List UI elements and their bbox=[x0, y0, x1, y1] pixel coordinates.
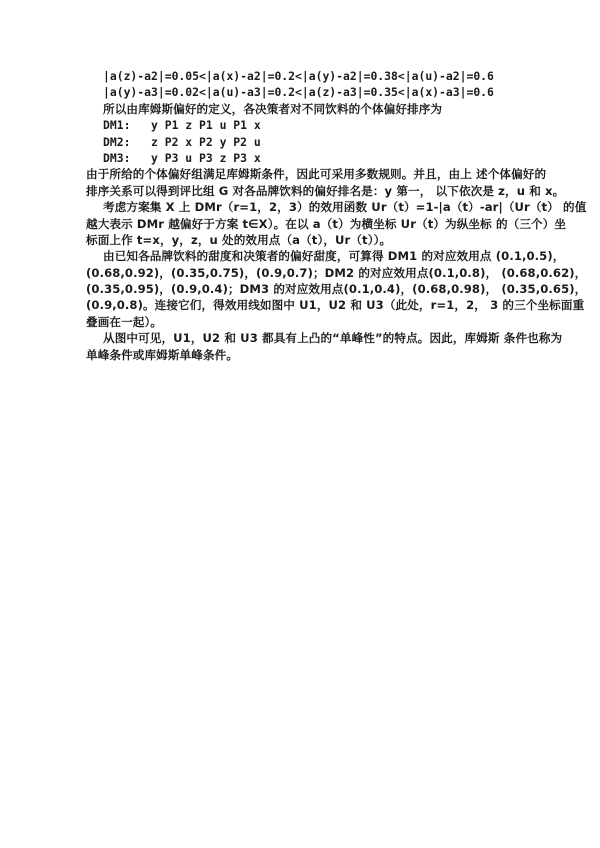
paragraph-utility-points-line-3: (0.35,0.95)，(0.9,0.4)；DM3 的对应效用点(0.1,0.4… bbox=[86, 281, 532, 297]
paragraph-utility-function-line-1: 考虑方案集 X 上 DMr（r=1，2，3）的效用函数 Ur（t）=1-|a（t… bbox=[86, 199, 532, 215]
dm1-preference-order: DM1: y P1 z P1 u P1 x bbox=[86, 117, 532, 133]
document-page: |a(z)-a2|=0.05<|a(x)-a2|=0.2<|a(y)-a2|=0… bbox=[0, 0, 600, 848]
paragraph-utility-function-line-2: 越大表示 DMr 越偏好于方案 t∈X）。在以 a（t）为横坐标 Ur（t）为纵… bbox=[86, 216, 532, 232]
text-block: |a(z)-a2|=0.05<|a(x)-a2|=0.2<|a(y)-a2|=0… bbox=[86, 68, 532, 363]
paragraph-single-peak-line-2: 单峰条件或库姆斯单峰条件。 bbox=[86, 347, 532, 363]
paragraph-single-peak-line-1: 从图中可见，U1，U2 和 U3 都具有上凸的“单峰性”的特点。因此，库姆斯 条… bbox=[86, 330, 532, 346]
paragraph-utility-points-line-1: 由已知各品牌饮料的甜度和决策者的偏好甜度，可算得 DM1 的对应效用点 (0.1… bbox=[86, 248, 532, 264]
paragraph-majority-rule-line-1: 由于所给的个体偏好组满足库姆斯条件，因此可采用多数规则。并且，由上 述个体偏好的 bbox=[86, 166, 532, 182]
paragraph-coombs-definition: 所以由库姆斯偏好的定义，各决策者对不同饮料的个体偏好排序为 bbox=[86, 101, 532, 117]
paragraph-majority-rule-line-2: 排序关系可以得到评比组 G 对各品牌饮料的偏好排名是：y 第一， 以下依次是 z… bbox=[86, 183, 532, 199]
inequality-line-a3: |a(y)-a3|=0.02<|a(u)-a3|=0.2<|a(z)-a3|=0… bbox=[86, 84, 532, 100]
paragraph-utility-points-line-5: 叠画在一起）。 bbox=[86, 314, 532, 330]
dm3-preference-order: DM3: y P3 u P3 z P3 x bbox=[86, 150, 532, 166]
paragraph-utility-points-line-2: (0.68,0.92)，(0.35,0.75)，(0.9,0.7)；DM2 的对… bbox=[86, 265, 532, 281]
inequality-line-a2: |a(z)-a2|=0.05<|a(x)-a2|=0.2<|a(y)-a2|=0… bbox=[86, 68, 532, 84]
paragraph-utility-points-line-4: (0.9,0.8)。连接它们，得效用线如图中 U1，U2 和 U3（此处，r=1… bbox=[86, 297, 532, 313]
dm2-preference-order: DM2: z P2 x P2 y P2 u bbox=[86, 134, 532, 150]
paragraph-utility-function-line-3: 标面上作 t=x，y，z，u 处的效用点（a（t），Ur（t））。 bbox=[86, 232, 532, 248]
